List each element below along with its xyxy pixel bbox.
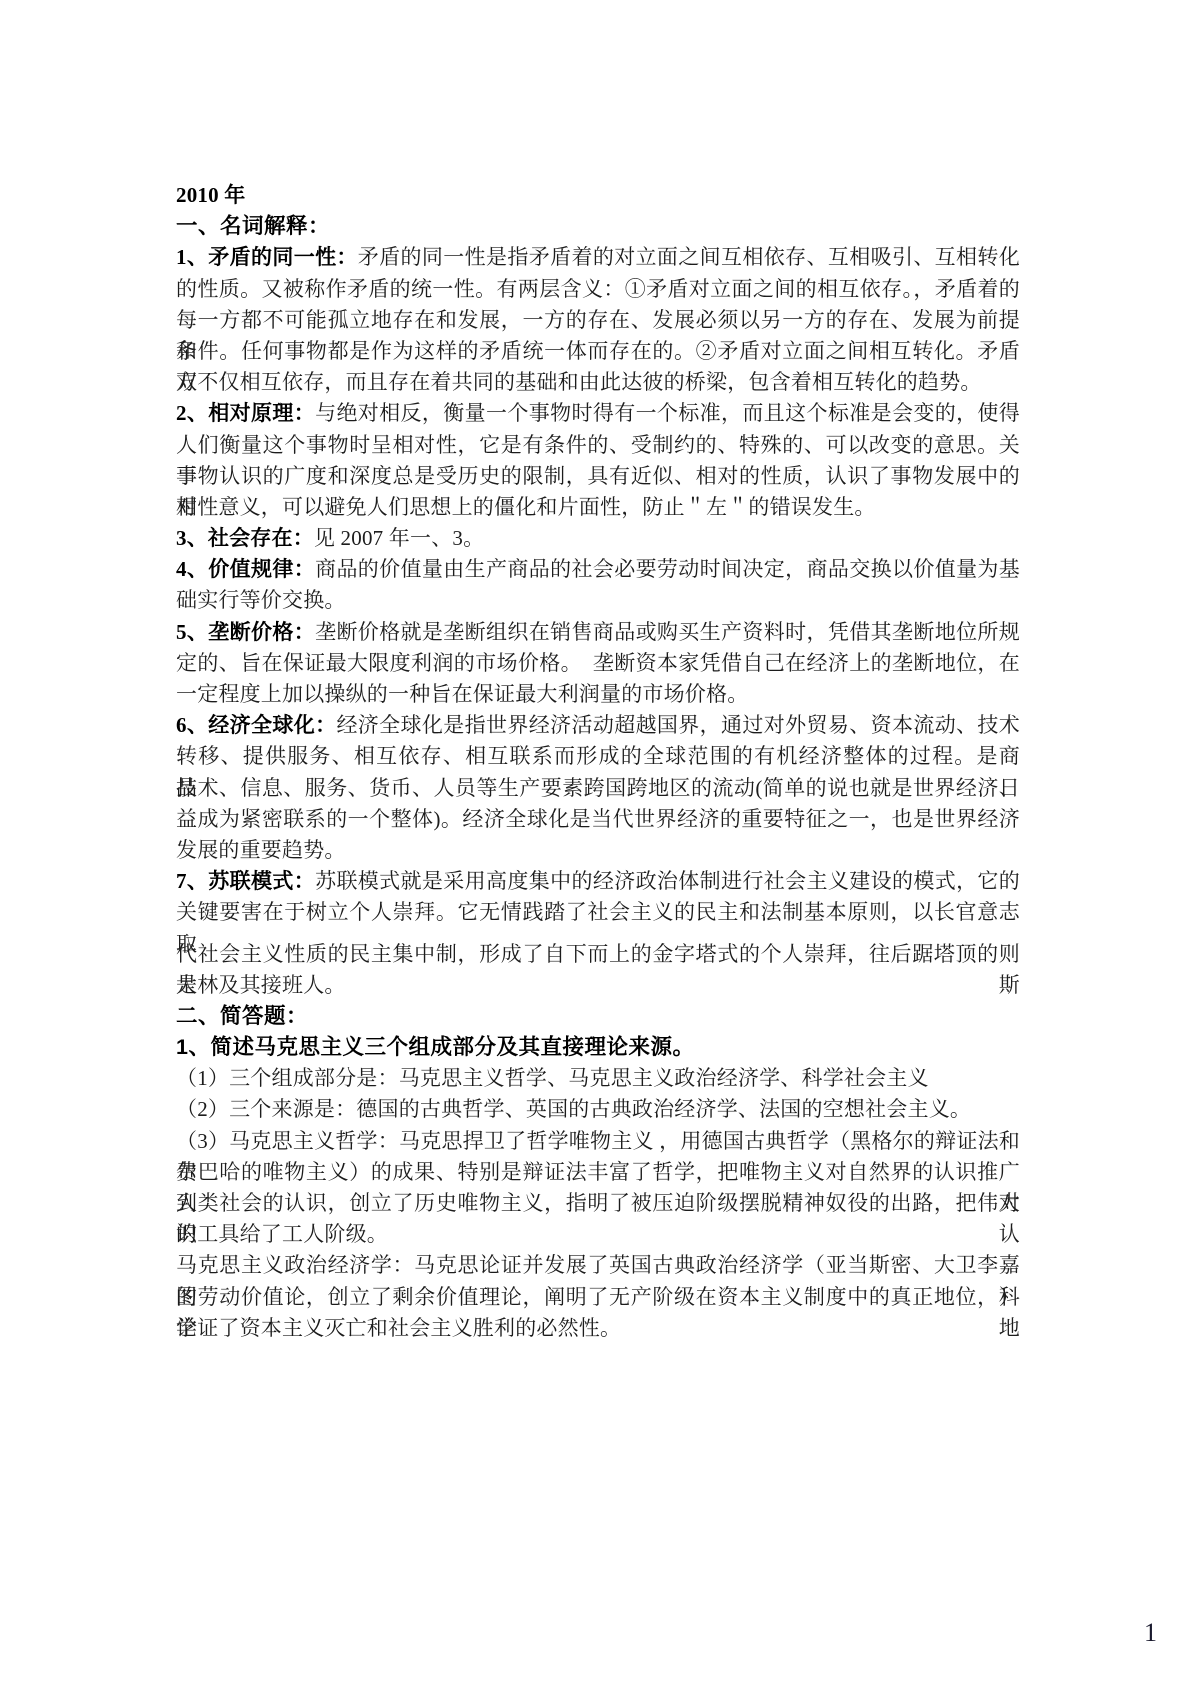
text-line: 条件。任何事物都是作为这样的矛盾统一体而存在的。②矛盾对立面之间相互转化。矛盾双 [176,336,1020,367]
text-line: 方不仅相互依存，而且存在着共同的基础和由此达彼的桥梁，包含着相互转化的趋势。 [176,367,1020,398]
text-block: 2010 年一、名词解释：1、矛盾的同一性：矛盾的同一性是指矛盾着的对立面之间互… [176,180,1020,1344]
term-label: 一、名词解释： [176,214,330,238]
line-text: 对性意义，可以避免人们思想上的僵化和片面性，防止＂左＂的错误发生。 [176,495,876,519]
line-text: （2）三个来源是：德国的古典哲学、英国的古典政治经济学、法国的空想社会主义。 [176,1097,971,1121]
text-line: 1、简述马克思主义三个组成部分及其直接理论来源。 [176,1032,1020,1063]
text-line: （2）三个来源是：德国的古典哲学、英国的古典政治经济学、法国的空想社会主义。 [176,1094,1020,1125]
text-line: （3）马克思主义哲学：马克思捍卫了哲学唯物主义 ，用德国古典哲学（黑格尔的辩证法… [176,1126,1020,1157]
text-line: 5、垄断价格：垄断价格就是垄断组织在销售商品或购买生产资料时，凭借其垄断地位所规 [176,617,1020,648]
text-line: 3、社会存在：见 2007 年一、3。 [176,523,1020,554]
line-text: 的性质。又被称作矛盾的统一性。有两层含义：①矛盾对立面之间的相互依存。，矛盾着的 [176,277,1020,301]
text-line: 一定程度上加以操纵的一种旨在保证最大利润量的市场价格。 [176,679,1020,710]
text-line: 人们衡量这个事物时呈相对性，它是有条件的、受制约的、特殊的、可以改变的意思。关于 [176,430,1020,461]
line-text: 益成为紧密联系的一个整体)。经济全球化是当代世界经济的重要特征之一，也是世界经济 [176,807,1020,831]
line-text: 技术、信息、服务、货币、人员等生产要素跨国跨地区的流动(简单的说也就是世界经济日 [176,776,1020,800]
text-line: 2、相对原理：与绝对相反，衡量一个事物时得有一个标准，而且这个标准是会变的，使得 [176,398,1020,429]
line-text: 经济全球化是指世界经济活动超越国界，通过对外贸易、资本流动、技术 [336,713,1020,737]
text-line: 7、苏联模式：苏联模式就是采用高度集中的经济政治体制进行社会主义建设的模式，它的 [176,866,1020,897]
text-line: 2010 年 [176,180,1020,211]
text-line: 1、矛盾的同一性：矛盾的同一性是指矛盾着的对立面之间互相依存、互相吸引、互相转化 [176,242,1020,273]
line-text: 见 2007 年一、3。 [314,526,484,550]
text-line: 转移、提供服务、相互依存、相互联系而形成的全球范围的有机经济整体的过程。是商品、 [176,741,1020,772]
text-line: 技术、信息、服务、货币、人员等生产要素跨国跨地区的流动(简单的说也就是世界经济日 [176,773,1020,804]
text-line: 事物认识的广度和深度总是受历史的限制，具有近似、相对的性质，认识了事物发展中的相 [176,461,1020,492]
text-line: 的劳动价值论，创立了剩余价值理论，阐明了无产阶级在资本主义制度中的真正地位，科学… [176,1282,1020,1313]
line-text: 大林及其接班人。 [176,973,346,997]
line-text: 商品的价值量由生产商品的社会必要劳动时间决定，商品交换以价值量为基 [315,557,1020,581]
text-line: 益成为紧密联系的一个整体)。经济全球化是当代世界经济的重要特征之一，也是世界经济 [176,804,1020,835]
term-label: 1、矛盾的同一性： [176,245,358,269]
line-text: 方不仅相互依存，而且存在着共同的基础和由此达彼的桥梁，包含着相互转化的趋势。 [176,370,982,394]
text-line: 关键要害在于树立个人崇拜。它无情践踏了社会主义的民主和法制基本原则，以长官意志取 [176,897,1020,928]
document-page: 2010 年一、名词解释：1、矛盾的同一性：矛盾的同一性是指矛盾着的对立面之间互… [0,0,1190,1683]
line-text: 发展的重要趋势。 [176,838,346,862]
line-text: 与绝对相反，衡量一个事物时得有一个标准，而且这个标准是会变的，使得 [315,401,1020,425]
term-label: 6、经济全球化： [176,713,336,737]
text-line: 对性意义，可以避免人们思想上的僵化和片面性，防止＂左＂的错误发生。 [176,492,1020,523]
term-label: 3、社会存在： [176,526,314,550]
term-label: 2、相对原理： [176,401,315,425]
text-line: 一、名词解释： [176,211,1020,242]
page-number: 1 [1144,1618,1157,1648]
text-line: 尔巴哈的唯物主义）的成果、特别是辩证法丰富了哲学，把唯物主义对自然界的认识推广到… [176,1157,1020,1188]
line-text: （1）三个组成部分是：马克思主义哲学、马克思主义政治经济学、科学社会主义 [176,1066,929,1090]
text-line: 6、经济全球化：经济全球化是指世界经济活动超越国界，通过对外贸易、资本流动、技术 [176,710,1020,741]
term-label: 1、简述马克思主义三个组成部分及其直接理论来源。 [176,1035,694,1059]
line-text: 识工具给了工人阶级。 [176,1222,388,1246]
text-line: （1）三个组成部分是：马克思主义哲学、马克思主义政治经济学、科学社会主义 [176,1063,1020,1094]
text-line: 二、简答题： [176,1001,1020,1032]
term-label: 2010 年 [176,183,245,207]
text-line: 的性质。又被称作矛盾的统一性。有两层含义：①矛盾对立面之间的相互依存。，矛盾着的 [176,274,1020,305]
line-text: 础实行等价交换。 [176,588,346,612]
text-line: 4、价值规律：商品的价值量由生产商品的社会必要劳动时间决定，商品交换以价值量为基 [176,554,1020,585]
line-text: 一定程度上加以操纵的一种旨在保证最大利润量的市场价格。 [176,682,748,706]
text-line: 每一方都不可能孤立地存在和发展，一方的存在、发展必须以另一方的存在、发展为前提和 [176,305,1020,336]
text-line: 代社会主义性质的民主集中制，形成了自下而上的金字塔式的个人崇拜，往后踞塔顶的则是… [176,939,1020,970]
text-line: 发展的重要趋势。 [176,835,1020,866]
line-text: 苏联模式就是采用高度集中的经济政治体制进行社会主义建设的模式，它的 [315,869,1020,893]
term-label: 4、价值规律： [176,557,315,581]
text-line: 定的、旨在保证最大限度利润的市场价格。 垄断资本家凭借自己在经济上的垄断地位，在 [176,648,1020,679]
term-label: 二、简答题： [176,1004,308,1028]
term-label: 7、苏联模式： [176,869,315,893]
line-text: 论证了资本主义灭亡和社会主义胜利的必然性。 [176,1316,621,1340]
line-text: 定的、旨在保证最大限度利润的市场价格。 垄断资本家凭借自己在经济上的垄断地位，在 [176,651,1020,675]
line-text: 矛盾的同一性是指矛盾着的对立面之间互相依存、互相吸引、互相转化 [358,245,1020,269]
text-line: 础实行等价交换。 [176,585,1020,616]
term-label: 5、垄断价格： [176,620,315,644]
text-line: 马克思主义政治经济学：马克思论证并发展了英国古典政治经济学（亚当斯密、大卫李嘉图… [176,1250,1020,1281]
line-text: 垄断价格就是垄断组织在销售商品或购买生产资料时，凭借其垄断地位所规 [315,620,1020,644]
text-line: 人类社会的认识，创立了历史唯物主义，指明了被压迫阶级摆脱精神奴役的出路，把伟大的… [176,1188,1020,1219]
